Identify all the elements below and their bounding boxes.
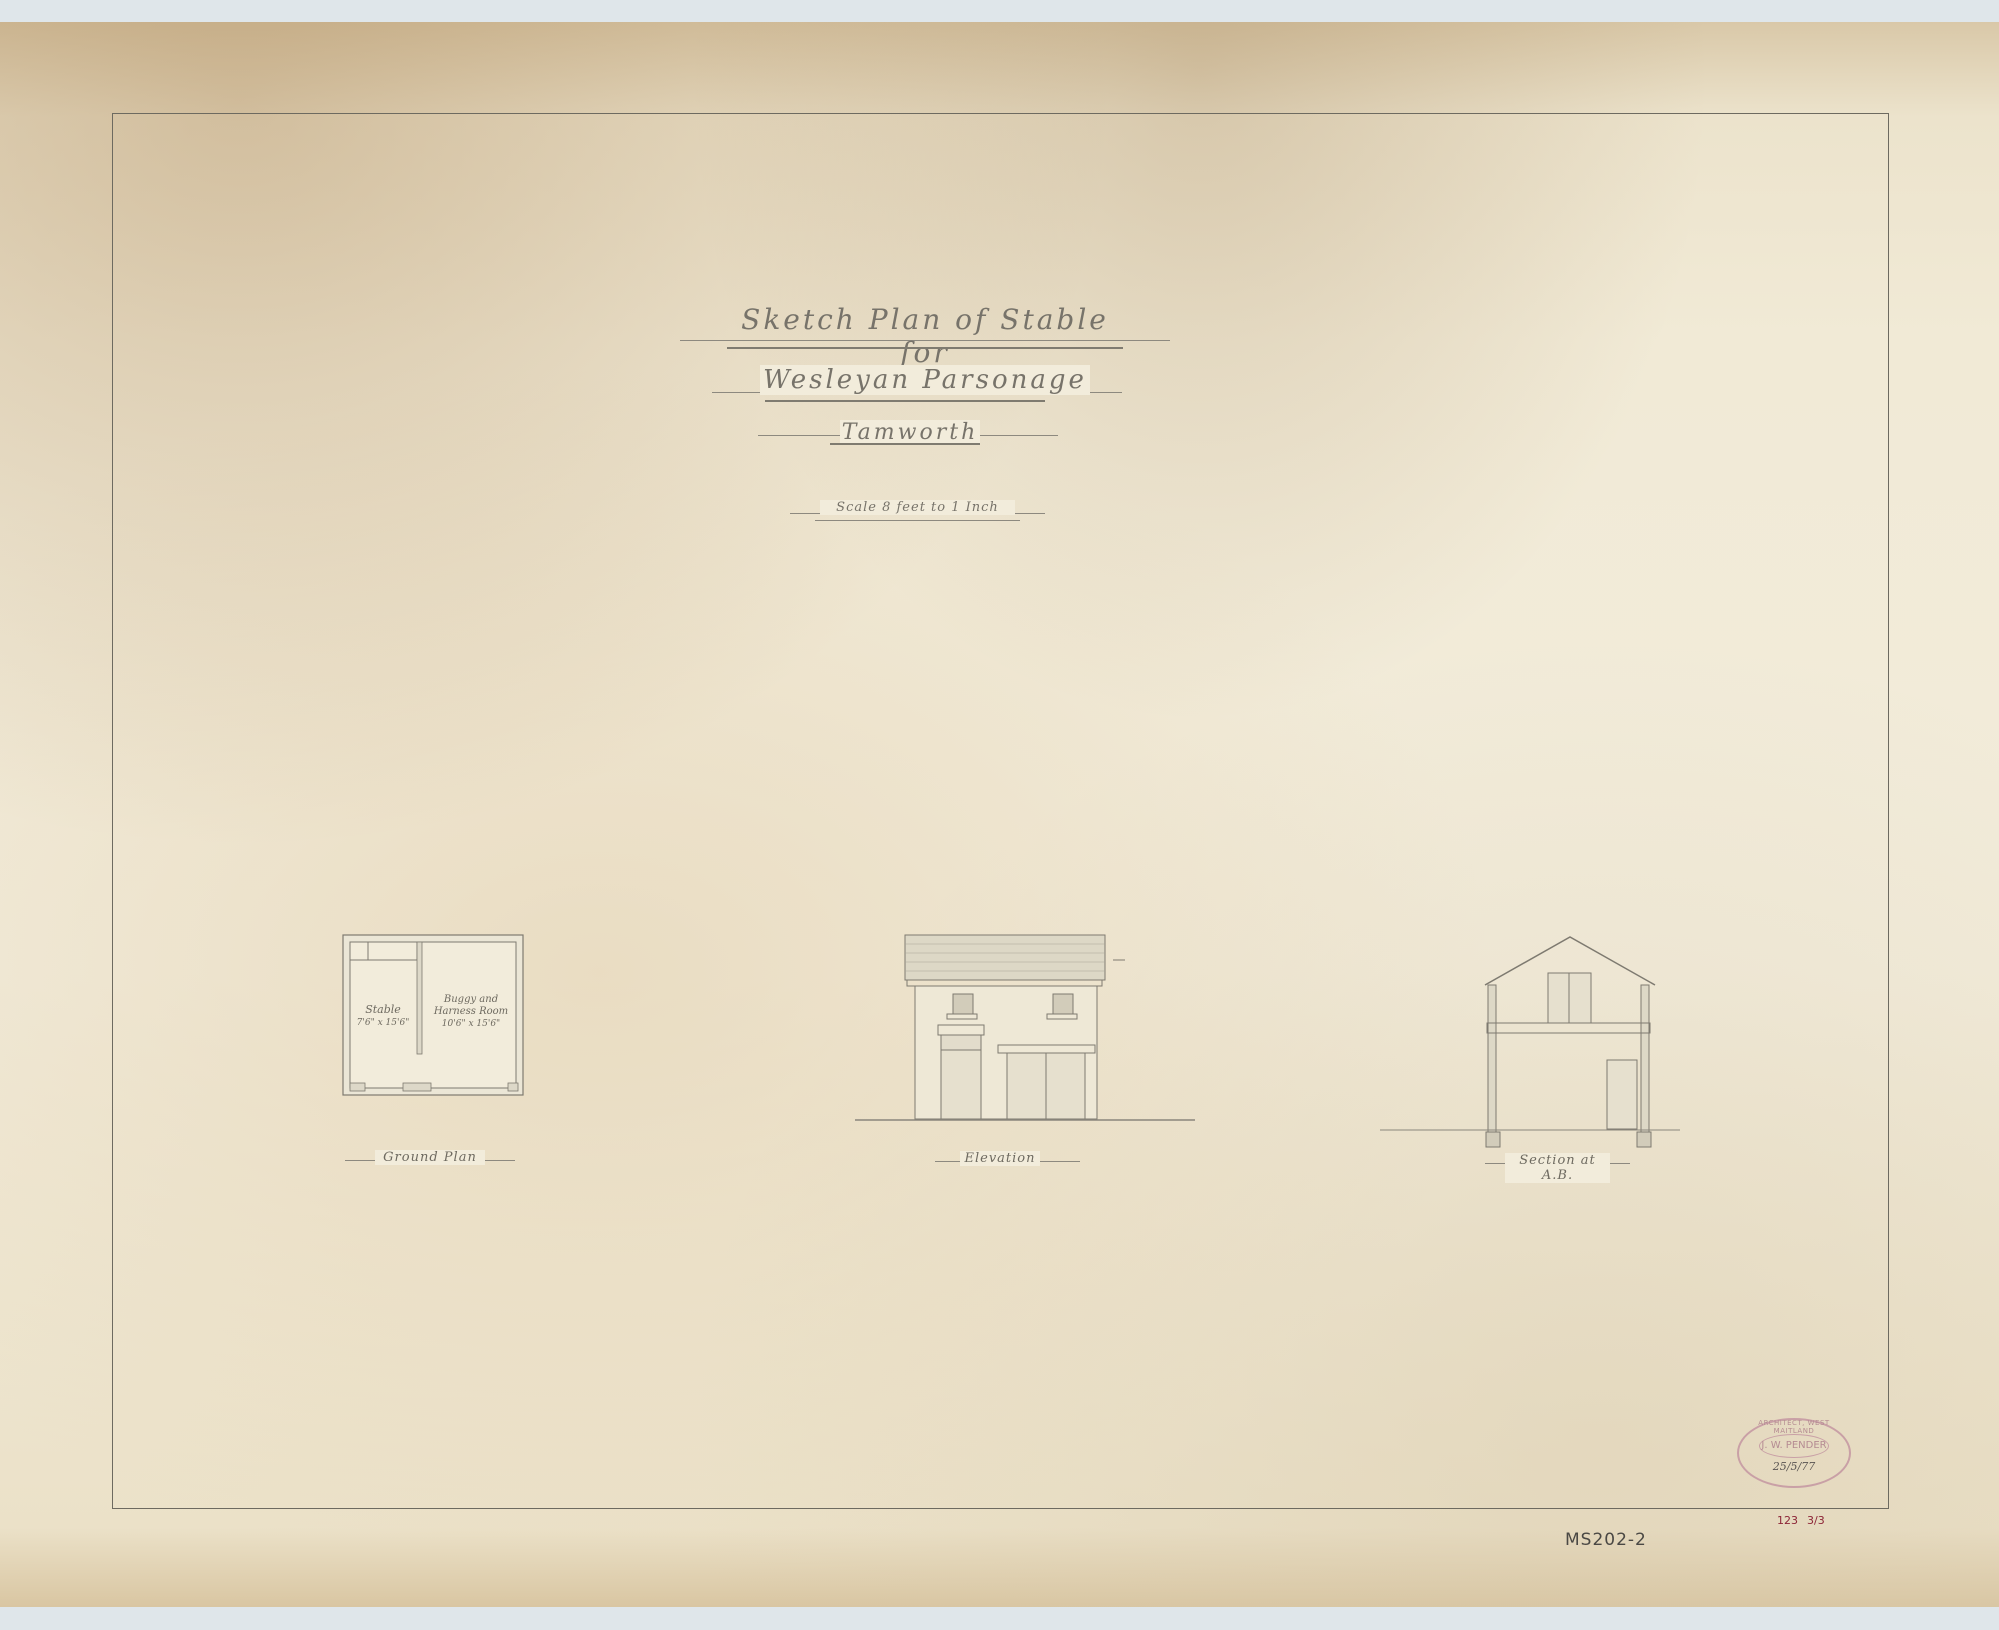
reference-number: 123 bbox=[1777, 1514, 1798, 1527]
stamp-date: 25/5/77 bbox=[1739, 1460, 1849, 1473]
title-line-1: Sketch Plan of Stable for bbox=[720, 303, 1130, 369]
room-label-stable: Stable bbox=[352, 1003, 414, 1016]
elevation-drawing bbox=[855, 930, 1205, 1130]
title-line-3: Tamworth bbox=[840, 420, 980, 445]
title-underline bbox=[727, 347, 1123, 349]
scale-note: Scale 8 feet to 1 Inch bbox=[820, 500, 1015, 515]
room-dims-buggy: 10'6" x 15'6" bbox=[428, 1019, 514, 1029]
stamp-arc-text: ARCHITECT, WEST MAITLAND bbox=[1739, 1419, 1849, 1435]
catalogue-number: MS202-2 bbox=[1565, 1530, 1647, 1550]
caption-ground-plan: Ground Plan bbox=[375, 1150, 485, 1165]
title-line-2: Wesleyan Parsonage bbox=[760, 365, 1090, 395]
reference-sheet: 3/3 bbox=[1807, 1514, 1825, 1527]
title-underline bbox=[830, 443, 980, 445]
section-drawing bbox=[1380, 915, 1680, 1145]
scale-underline bbox=[815, 520, 1020, 521]
caption-elevation: Elevation bbox=[960, 1151, 1040, 1166]
caption-section: Section at A.B. bbox=[1505, 1153, 1610, 1183]
architect-stamp: ARCHITECT, WEST MAITLAND J. W. PENDER 25… bbox=[1737, 1418, 1851, 1488]
room-label-buggy: Buggy and bbox=[428, 994, 514, 1005]
title-underline bbox=[765, 400, 1045, 402]
room-dims-stable: 7'6" x 15'6" bbox=[352, 1018, 414, 1028]
stamp-name: J. W. PENDER bbox=[1759, 1434, 1829, 1458]
room-label-harness: Harness Room bbox=[428, 1006, 514, 1017]
